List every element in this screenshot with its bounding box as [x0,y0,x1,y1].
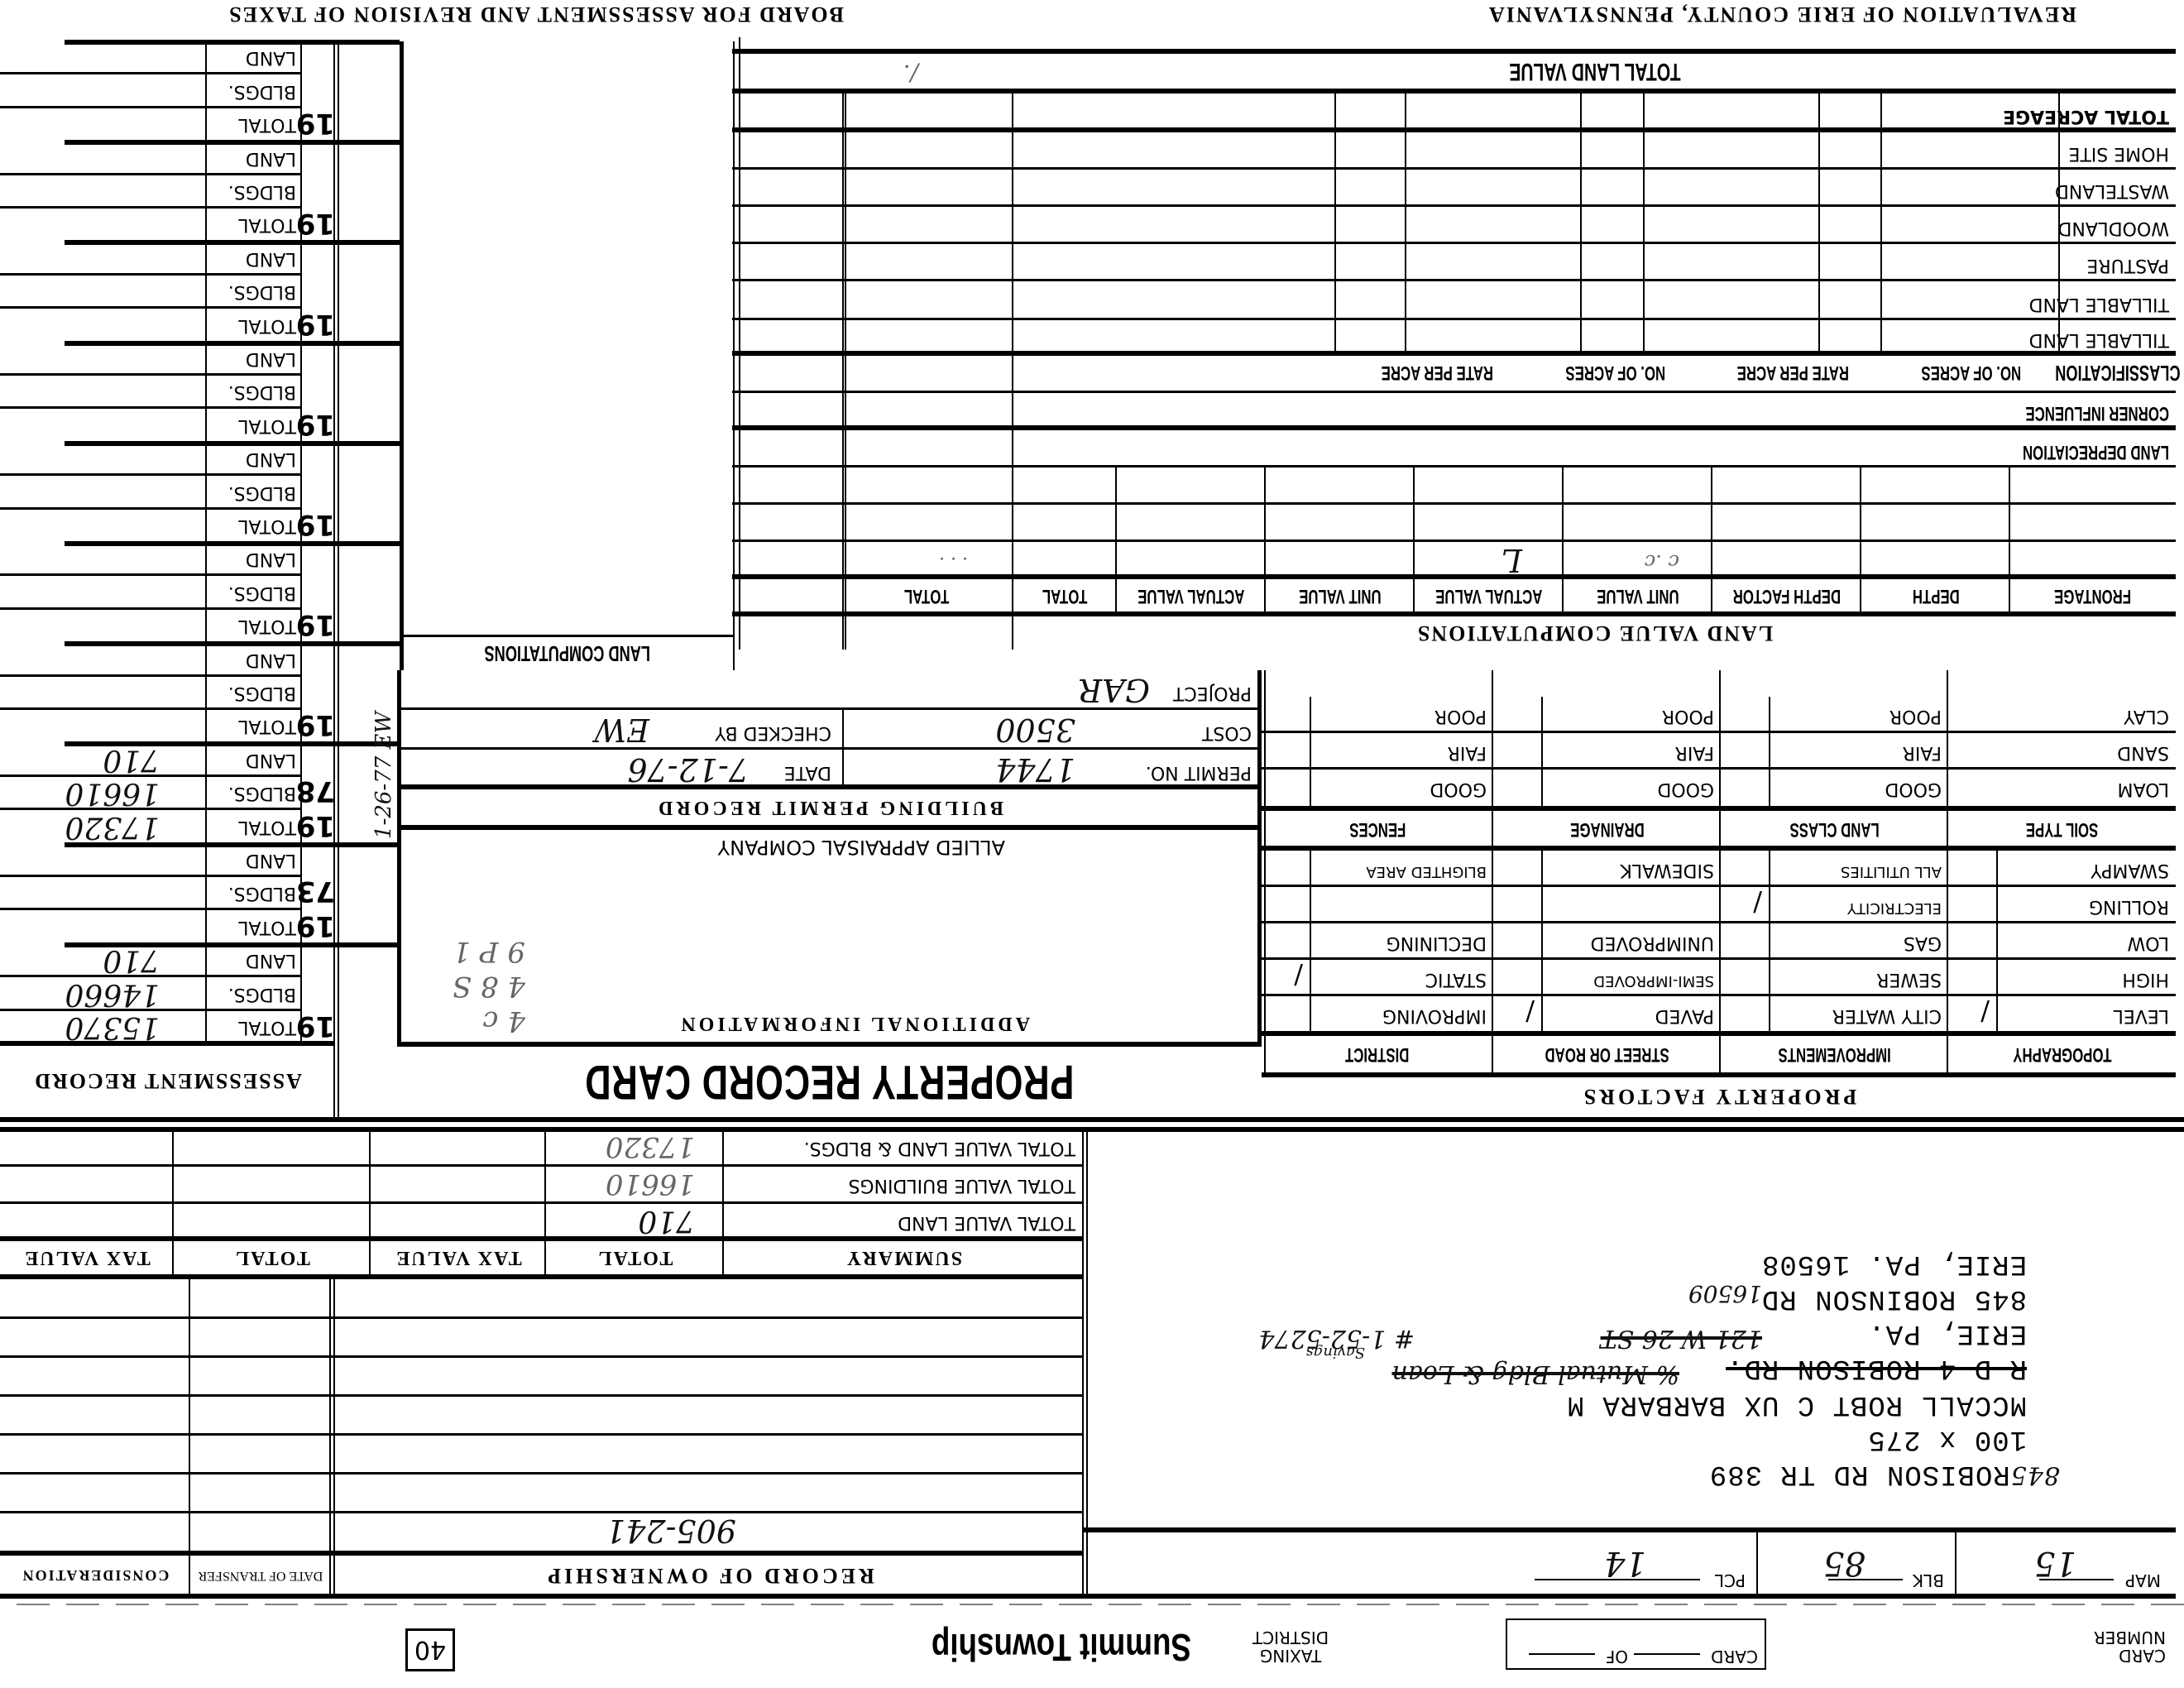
factor-option[interactable]: CITY WATER [1832,1005,1942,1026]
assessment-year-block: 19 TOTAL BLDGS. LAND [0,343,400,443]
property-factors-title: PROPERTY FACTORS [1262,1076,2176,1117]
address-current-city: ERIE, PA. 16508 [1761,1248,2027,1279]
depth-factor-header: DEPTH FACTOR [1733,584,1841,607]
factor-option[interactable]: SEMI-IMPROVED [1593,972,1714,990]
assessment-year-suffix: 73 [296,875,335,908]
assessment-year-block: 19 TOTAL BLDGS. LAND [0,141,400,242]
woodland-label: WOODLAND [2057,218,2169,238]
assessment-total-label: TOTAL [238,616,296,636]
cost-label: COST [1202,722,1252,743]
date-label: DATE [784,762,831,783]
year-prefix: 19 [302,1009,335,1043]
assessment-total-value: 17320 [65,810,160,844]
parcel-row: MAP 15 BLK 85 PCL 14 [1084,1531,2176,1599]
assessment-year-block: 19 TOTAL BLDGS. LAND 17320 16610 710 78 … [0,743,400,843]
year-prefix: 19 [302,308,335,341]
factor-option[interactable]: UNIMPROVED [1591,933,1714,953]
assessment-bldgs-label: BLDGS. [228,984,296,1005]
additional-note-2: 4 8 S [453,970,525,1003]
factor-option[interactable]: HIGH [2122,969,2169,990]
assessment-total-label: TOTAL [238,114,296,135]
assessment-land-value: 710 [103,943,160,977]
assessment-bldgs-label: BLDGS. [228,583,296,603]
assessment-total-value: 15370 [65,1010,160,1044]
assessment-year-block: 19 TOTAL BLDGS. LAND [0,443,400,543]
factor-header: STREET OR ROAD [1545,1043,1669,1066]
blk-label: BLK [1913,1571,1944,1590]
additional-info-title: ADDITIONAL INFORMATION [678,1012,1030,1034]
factor-option[interactable]: LOW [2127,933,2169,953]
card-title: PROPERTY RECORD CARD [585,1054,1075,1110]
pcl-value: 14 [1604,1544,1646,1582]
permit-date-value: 7-12-76 [627,751,749,788]
factor-header: IMPROVEMENTS [1778,1043,1890,1066]
address-old-line: R D 4 ROBISON RD. [1726,1352,2027,1383]
additional-note-3: 4 c [483,1005,525,1038]
assessment-year-block: 19 TOTAL BLDGS. LAND 15370 14660 710 [0,944,400,1044]
assessment-bldgs-value: 14660 [65,977,160,1011]
classification-table: CLASSIFICATION NO. OF ACRES RATE PER ACR… [732,94,2176,650]
tillable-land-label: TILLABLE LAND [2029,294,2169,314]
assessment-land-label: LAND [246,248,296,269]
factor-option[interactable]: SWAMPY [2091,860,2169,880]
assessment-total-label: TOTAL [238,716,296,736]
cost-value: 3500 [995,712,1075,748]
map-label: MAP [2125,1571,2161,1590]
address-block: 845ROBISON RD TR 389 100 x 275 MCCALL RO… [1084,1132,2176,1531]
year-prefix: 19 [302,207,335,240]
middle-section: PROPERTY RECORD CARD ADDITIONAL INFORMAT… [397,670,1262,1117]
wasteland-label: WASTELAND [2055,180,2169,201]
factor-option[interactable]: BLIGHTED AREA [1366,863,1487,880]
summary-table: SUMMARY TOTAL TAX VALUE TOTAL TAX VALUE … [0,1132,1084,1274]
summary-tax-value-header: TAX VALUE [371,1241,546,1274]
factor-option[interactable]: SEWER [1876,969,1942,990]
card-of-box[interactable]: CARD OF [1506,1618,1766,1670]
assessment-land-label: LAND [246,650,296,670]
header-right-title: BOARD FOR ASSESSMENT AND REVISION OF TAX… [99,2,844,26]
soil-header: SOIL TYPE [2026,818,2098,841]
check-mark-icon: / [1294,960,1303,991]
additional-note-1: 9 P 1 [453,935,525,968]
assessment-land-label: LAND [246,850,296,870]
building-permit-title: BUILDING PERMIT RECORD [397,789,1262,826]
permit-no-value: 1744 [995,751,1075,788]
header-left-title: REVALUATION OF ERIE COUNTY, PENNSYLVANIA [1282,2,2076,26]
assessment-bldgs-label: BLDGS. [228,381,296,402]
total-header-2: TOTAL [904,584,949,607]
property-factors-grid: TOPOGRAPHYIMPROVEMENTSSTREET OR ROADDIST… [1262,670,2176,1072]
ownership-entry: 905-241 [606,1513,736,1549]
frontage-mark-3: . . . [939,553,968,573]
project-label: PROJECT [1173,683,1252,703]
land-computations-title: LAND COMPUTATIONS [484,641,650,667]
address-zip-note: 16509 [1688,1280,1762,1307]
factor-option[interactable]: ROLLING [2089,896,2169,917]
year-prefix: 19 [302,107,335,140]
assessment-year-block: 19 TOTAL BLDGS. LAND [0,242,400,342]
assessment-total-label: TOTAL [238,214,296,235]
taxing-district-label: TAXING DISTRICT [1237,1628,1344,1665]
blk-value: 85 [1823,1544,1865,1582]
rate-per-acre-header: RATE PER ACRE [1737,362,1849,385]
checked-by-label: CHECKED BY [715,722,831,743]
permit-no-label: PERMIT NO. [1146,762,1252,783]
soil-header: LAND CLASS [1789,818,1879,841]
factor-header: DISTRICT [1345,1043,1409,1066]
assessment-rows: 19 TOTAL BLDGS. LAND 19 TOTAL BLDGS. LAN… [0,41,400,1044]
property-factors: PROPERTY FACTORS TOPOGRAPHYIMPROVEMENTSS… [1262,670,2176,1117]
no-of-acres-header-2: NO. OF ACRES [1565,362,1665,385]
depth-header: DEPTH [1913,584,1960,607]
total-acreage-label: TOTAL ACREAGE [2003,106,2169,127]
soil-option[interactable]: LOAM [2118,779,2169,799]
year-prefix: 19 [302,909,335,942]
no-of-acres-header: NO. OF ACRES [1921,362,2021,385]
factor-option[interactable]: ALL UTILITIES [1841,863,1942,880]
unit-value-header-2: UNIT VALUE [1299,584,1382,607]
summary-land-total: 710 [638,1204,695,1238]
summary-land-bldgs-total: 17320 [606,1130,695,1163]
factor-option[interactable]: IMPROVING [1382,1005,1487,1026]
summary-row-buildings: TOTAL VALUE BUILDINGS [849,1175,1075,1196]
assessment-year-block: 19 TOTAL BLDGS. LAND [0,41,400,141]
footer: CARD NUMBER CARD OF TAXING DISTRICT Summ… [0,1599,2184,1688]
address-note-mutual: % Mutual Bldg & Loan [1392,1360,1680,1388]
soil-option[interactable]: GOOD [1885,779,1942,799]
assessment-land-label: LAND [246,148,296,169]
corner-influence-label: CORNER INFLUENCE [2025,401,2169,424]
assessment-land-label: LAND [246,950,296,971]
assessment-total-label: TOTAL [238,315,296,336]
assessment-total-label: TOTAL [238,817,296,837]
summary-row-land-bldgs: TOTAL VALUE LAND & BLDGS. [804,1138,1075,1158]
total-land-value-mark: /. [903,60,918,87]
total-header: TOTAL [1042,584,1087,607]
address-line-1-text: ROBISON RD TR 389 [1709,1458,2010,1489]
actual-value-header-2: ACTUAL VALUE [1137,584,1244,607]
township-name: Summit Township [932,1625,1191,1670]
consideration-label: CONSIDERATION [0,1556,190,1595]
factor-option[interactable]: ELECTRICITY [1847,899,1942,917]
address-prefix-handwritten: 845 [2010,1460,2060,1489]
assessment-year-block: 19 TOTAL BLDGS. LAND [0,543,400,643]
assessment-total-label: TOTAL [238,917,296,938]
assessment-land-value: 710 [103,743,160,777]
land-value-section: TOTAL LAND VALUE /. [732,41,2176,650]
soil-option[interactable]: POOR [1662,706,1714,727]
assessment-year-suffix: 78 [296,774,335,808]
assessment-year-block: 19 TOTAL BLDGS. LAND 73 [0,844,400,944]
map-value: 15 [2034,1544,2076,1582]
rate-per-acre-header-2: RATE PER ACRE [1382,362,1493,385]
assessment-bldgs-label: BLDGS. [228,683,296,703]
check-mark-icon: / [1753,887,1762,918]
assessment-land-label: LAND [246,47,296,68]
address-note-street: 121 W 26 ST [1601,1324,1762,1353]
address-note-loan-number: # 1-52-5274 [1258,1324,1415,1353]
assessment-bldgs-label: BLDGS. [228,181,296,202]
pcl-label: PCL [1715,1571,1746,1590]
check-mark-icon: / [1980,996,1990,1028]
assessment-total-label: TOTAL [238,415,296,436]
assessment-note: 1-26-77 EW [371,711,396,838]
allied-appraisal-company: ALLIED APPRAISAL COMPANY [718,836,1006,859]
year-prefix: 19 [302,508,335,541]
soil-option[interactable]: GOOD [1657,779,1714,799]
total-land-value-label: TOTAL LAND VALUE [1509,57,1680,85]
assessment-total-label: TOTAL [238,1017,296,1038]
assessment-bldgs-label: BLDGS. [228,783,296,803]
card-label: CARD [1711,1647,1758,1666]
date-of-transfer-label: DATE OF TRANSFER [190,1556,331,1595]
home-site-label: HOME SITE [2068,143,2169,164]
property-record-card: REVALUATION OF ERIE COUNTY, PENNSYLVANIA… [0,0,2184,1688]
summary-header: SUMMARY [724,1241,1084,1274]
owner-name: MCCALL ROBT C UX BARBARA M [1567,1388,2028,1420]
assessment-bldgs-label: BLDGS. [228,482,296,503]
assessment-land-label: LAND [246,549,296,569]
assessment-land-label: LAND [246,750,296,770]
assessment-total-label: TOTAL [238,516,296,536]
pasture-label: PASTURE [2086,255,2169,276]
year-prefix: 19 [302,708,335,741]
assessment-year-block: 19 TOTAL BLDGS. LAND [0,643,400,743]
soil-option[interactable]: POOR [1889,706,1942,727]
factor-option[interactable]: GAS [1904,933,1942,953]
factor-header: TOPOGRAPHY [2013,1043,2111,1066]
checked-by-value: EW [594,712,649,748]
frontage-mark-1: c .c [1645,550,1679,573]
assessment-bldgs-value: 16610 [65,776,160,810]
soil-option[interactable]: CLAY [2124,706,2169,727]
soil-option[interactable]: GOOD [1430,779,1487,799]
summary-total-header: TOTAL [546,1241,724,1274]
address-current-street: 845 ROBINSON RD [1761,1283,2027,1314]
address-dimensions: 100 x 275 [1867,1423,2027,1455]
frontage-header: FRONTAGE [2054,584,2131,607]
assessment-bldgs-label: BLDGS. [228,883,296,904]
factor-option[interactable]: DECLINING [1387,933,1487,953]
unit-value-header: UNIT VALUE [1597,584,1679,607]
summary-buildings-total: 16610 [606,1168,695,1201]
frontage-mark-2: L [1501,542,1522,578]
ownership-title: RECORD OF OWNERSHIP [335,1556,1084,1595]
soil-option[interactable]: POOR [1434,706,1487,727]
land-computations-panel: LAND COMPUTATIONS [400,41,735,670]
of-label: OF [1606,1647,1628,1666]
factor-option[interactable]: LEVEL [2114,1005,2169,1026]
ownership-rows: 905-241 [0,1279,1084,1552]
address-old-city: ERIE, PA. [1867,1317,2027,1349]
factor-option[interactable]: PAVED [1655,1005,1714,1026]
year-prefix: 19 [302,809,335,842]
card-number-label: CARD NUMBER [2075,1628,2166,1665]
summary-total-header-2: TOTAL [174,1241,371,1274]
assessment-land-label: LAND [246,348,296,369]
assessment-land-label: LAND [246,448,296,469]
project-value: GAR [1079,672,1150,708]
land-value-computations-title: LAND VALUE COMPUTATIONS [1013,616,2176,650]
summary-tax-value-header-2: TAX VALUE [0,1241,174,1274]
soil-option[interactable]: SAND [2117,742,2169,763]
land-depreciation-label: LAND DEPRECIATION [2023,440,2169,463]
soil-header: FENCES [1349,818,1406,841]
factor-option[interactable]: SIDEWALK [1620,860,1714,880]
tillable-land-label-2: TILLABLE LAND [2029,329,2169,350]
factor-option[interactable]: STATIC [1425,969,1487,990]
address-line-1: 845ROBISON RD TR 389 [1709,1458,2060,1489]
year-prefix: 19 [302,408,335,441]
soil-option[interactable]: FAIR [1675,742,1714,763]
soil-option[interactable]: FAIR [1448,742,1487,763]
classification-header: CLASSIFICATION [2055,360,2180,386]
assessment-bldgs-label: BLDGS. [228,281,296,302]
check-mark-icon: / [1525,996,1535,1028]
year-prefix: 19 [302,608,335,641]
assessment-bldgs-label: BLDGS. [228,81,296,102]
soil-header: DRAINAGE [1570,818,1645,841]
summary-row-land: TOTAL VALUE LAND [898,1212,1075,1233]
ownership-record: RECORD OF OWNERSHIP DATE OF TRANSFER CON… [0,1274,1084,1599]
assessment-record-title: ASSESSMENT RECORD [0,1044,335,1117]
soil-option[interactable]: FAIR [1903,742,1942,763]
actual-value-header: ACTUAL VALUE [1435,584,1542,607]
district-code-box: 40 [405,1628,455,1671]
